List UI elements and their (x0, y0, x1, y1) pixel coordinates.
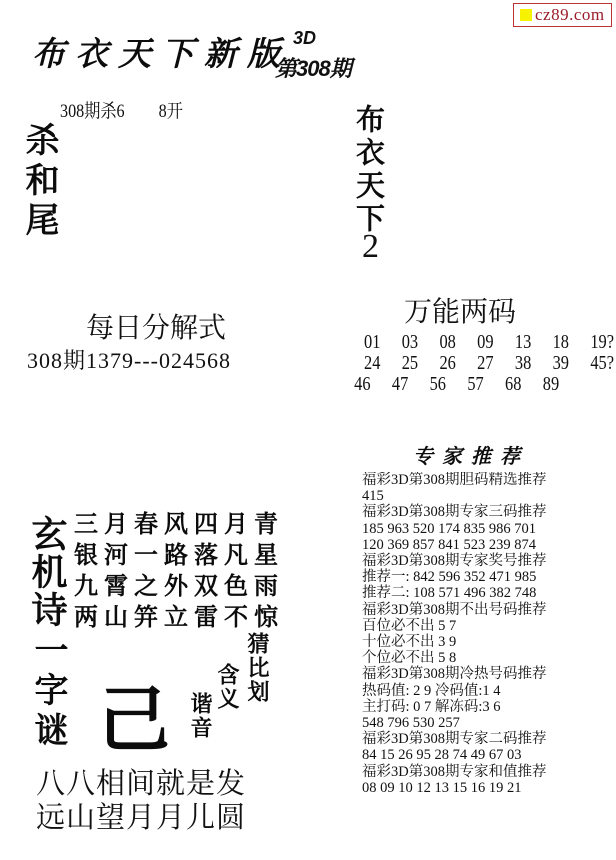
game-label: 3D (293, 28, 316, 49)
expert-line: 十位必不出 3 9 (362, 634, 612, 650)
riddle-hint-meaning: 含义 (212, 663, 243, 711)
code: 24 (364, 353, 402, 374)
code: 18 (553, 332, 591, 353)
poem-line: 两山笄立雷不惊 (74, 601, 284, 632)
code: 38 (515, 353, 553, 374)
poem-line: 九霄之外双色雨 (74, 570, 284, 601)
expert-line: 个位必不出 5 8 (362, 650, 612, 666)
code: 26 (439, 353, 477, 374)
code: 27 (477, 353, 515, 374)
expert-line: 主打码: 0 7 解冻码:3 6 (362, 699, 612, 715)
logo-square-icon (520, 9, 532, 21)
code: 39 (553, 353, 591, 374)
kill-section-label: 杀和尾 (22, 122, 56, 242)
wanneng-title: 万能两码 (404, 290, 516, 330)
kill-line: 308期杀68开 (60, 96, 183, 123)
expert-line: 推荐二: 108 571 496 382 748 (362, 585, 612, 601)
expert-line: 福彩3D第308期专家三码推荐 (362, 504, 612, 520)
expert-line: 548 796 530 257 (362, 715, 612, 731)
mystery-poem: 三月春风四月青 银河一路落凡星 九霄之外双色雨 两山笄立雷不惊 (74, 508, 284, 632)
riddle-label: 一字谜 (24, 632, 73, 752)
expert-line: 福彩3D第308期专家奖号推荐 (362, 553, 612, 569)
issue-label: 第308期 (275, 52, 351, 83)
wanneng-grid: 01030809131819? 24252627383945? 46475657… (364, 332, 561, 395)
code: 56 (430, 374, 468, 395)
code: 13 (515, 332, 553, 353)
wanneng-row: 01030809131819? (364, 332, 561, 353)
code: 45? (590, 353, 616, 374)
expert-line: 福彩3D第308期专家和值推荐 (362, 764, 612, 780)
code: 08 (439, 332, 477, 353)
expert-line: 120 369 857 841 523 239 874 (362, 537, 612, 553)
expert-line: 福彩3D第308期专家二码推荐 (362, 731, 612, 747)
code: 03 (402, 332, 440, 353)
code: 46 (354, 374, 392, 395)
expert-line: 福彩3D第308期不出号码推荐 (362, 602, 612, 618)
code: 19? (590, 332, 616, 353)
code: 25 (402, 353, 440, 374)
code: 89 (543, 374, 581, 395)
couplet-line-1: 八八相间就是发 (36, 766, 246, 800)
riddle-character: 己 (98, 662, 170, 766)
site-logo[interactable]: cz89.com (513, 3, 612, 27)
code: 01 (364, 332, 402, 353)
expert-line: 415 (362, 488, 612, 504)
page-title: 布衣天下新版 (32, 28, 290, 75)
buyi-number: 2 (362, 228, 379, 266)
expert-list: 福彩3D第308期胆码精选推荐 415 福彩3D第308期专家三码推荐 185 … (362, 472, 612, 796)
open-text: 8开 (159, 101, 183, 122)
expert-title: 专家推荐 (413, 440, 529, 469)
buyi-label: 布衣天下 (354, 104, 383, 236)
expert-line: 百位必不出 5 7 (362, 618, 612, 634)
expert-line: 84 15 26 95 28 74 49 67 03 (362, 747, 612, 763)
kill-text: 308期杀6 (60, 101, 125, 122)
expert-line: 福彩3D第308期胆码精选推荐 (362, 472, 612, 488)
code: 57 (467, 374, 505, 395)
couplet-line-2: 远山望月月儿圆 (36, 800, 246, 834)
poem-line: 三月春风四月青 (74, 508, 284, 539)
couplet: 八八相间就是发 远山望月月儿圆 (36, 766, 246, 834)
riddle-hint-guess: 猜比划 (242, 632, 273, 704)
expert-line: 185 963 520 174 835 986 701 (362, 521, 612, 537)
code: 47 (392, 374, 430, 395)
expert-line: 推荐一: 842 596 352 471 985 (362, 569, 612, 585)
expert-line: 福彩3D第308期冷热号码推荐 (362, 666, 612, 682)
expert-line: 热码值: 2 9 冷码值:1 4 (362, 683, 612, 699)
code: 09 (477, 332, 515, 353)
expert-line: 08 09 10 12 13 15 16 19 21 (362, 780, 612, 796)
poem-label: 玄机诗 (26, 515, 68, 629)
daily-decomposition-title: 每日分解式 (86, 306, 226, 346)
wanneng-row: 464756576889 (354, 374, 561, 395)
logo-text: cz89.com (535, 5, 605, 25)
riddle-hint-sound: 谐音 (185, 692, 216, 740)
wanneng-row: 24252627383945? (364, 353, 561, 374)
daily-decomposition-value: 308期1379---024568 (27, 344, 231, 375)
code: 68 (505, 374, 543, 395)
poem-line: 银河一路落凡星 (74, 539, 284, 570)
